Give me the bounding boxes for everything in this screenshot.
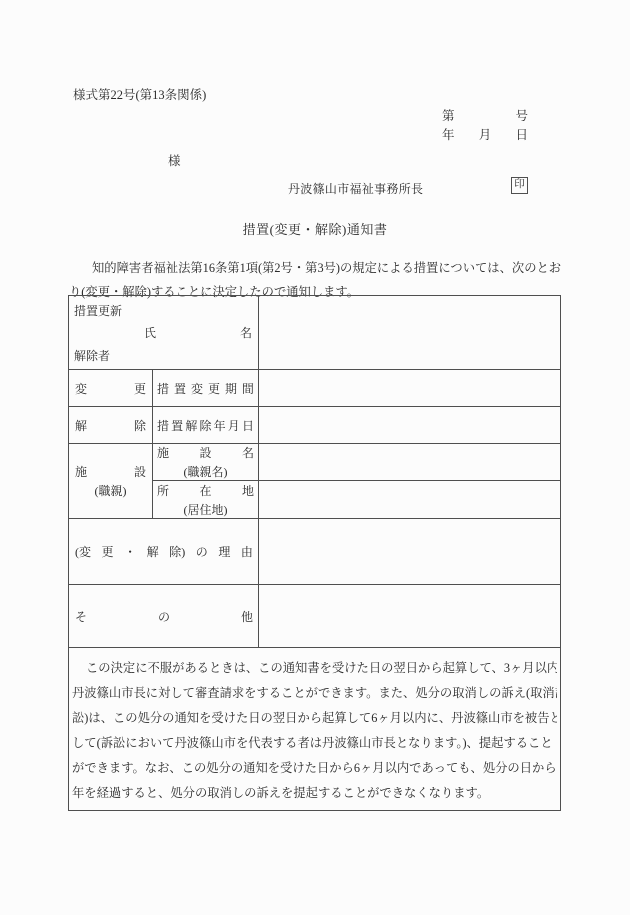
change-category-label: 変更 — [75, 380, 146, 397]
facility-address-label-line1: 所在地 — [157, 482, 254, 499]
change-period-label: 措置変更期間 — [157, 380, 254, 397]
change-period-label-cell: 措置変更期間 — [153, 370, 259, 407]
person-label-cell: 措置更新 氏名 解除者 — [69, 296, 259, 370]
row-person: 措置更新 氏名 解除者 — [69, 296, 561, 370]
other-label-cell: その他 — [69, 585, 259, 648]
appeal-notice-line-4: して(訴訟において丹波篠山市を代表する者は丹波篠山市長となります。)、提起するこ… — [72, 731, 557, 756]
cancel-date-label-cell: 措置解除年月日 — [153, 407, 259, 444]
facility-address-value-cell — [259, 481, 561, 519]
form-number: 様式第22号(第13条関係) — [73, 85, 206, 103]
person-label-bottom: 解除者 — [74, 347, 254, 364]
addressee-honorific: 様 — [168, 151, 181, 169]
document-page: 様式第22号(第13条関係) 第 号 年 月 日 様 丹波篠山市福祉事務所長 印… — [0, 0, 630, 915]
facility-name-label-cell: 施設名 (職親名) — [153, 444, 259, 481]
facility-category-line2: (職親) — [75, 482, 146, 499]
seal-label: 印 — [514, 180, 525, 191]
intro-line-1: 知的障害者福祉法第16条第1項(第2号・第3号)の規定による措置については、次の… — [69, 256, 563, 280]
row-appeal-notice: この決定に不服があるときは、この通知書を受けた日の翌日から起算して、3ヶ月以内に… — [69, 648, 561, 811]
appeal-notice-line-2: 丹波篠山市長に対して審査請求をすることができます。また、処分の取消しの訴え(取消… — [72, 681, 557, 706]
facility-name-value-cell — [259, 444, 561, 481]
cancel-date-label: 措置解除年月日 — [157, 417, 254, 434]
reason-label: (変更・解除)の理由 — [75, 543, 253, 560]
date-line: 年 月 日 — [442, 125, 528, 143]
row-reason: (変更・解除)の理由 — [69, 519, 561, 585]
facility-address-label-cell: 所在地 (居住地) — [153, 481, 259, 519]
doc-number-line: 第 号 — [442, 106, 528, 124]
date-month-label: 月 — [479, 125, 492, 143]
date-day-label: 日 — [515, 125, 528, 143]
facility-category-cell: 施設 (職親) — [69, 444, 153, 519]
measure-table: 措置更新 氏名 解除者 変更 措置変更期間 解除 措置解除年月日 — [68, 295, 561, 811]
date-year-label: 年 — [442, 125, 455, 143]
appeal-notice-line-5: ができます。なお、この処分の通知を受けた日から6ヶ月以内であっても、処分の日から… — [72, 756, 557, 781]
reason-value-cell — [259, 519, 561, 585]
person-name-value-cell — [259, 296, 561, 370]
facility-name-label-line1: 施設名 — [157, 444, 254, 461]
person-label-top: 措置更新 — [74, 302, 254, 319]
change-category-cell: 変更 — [69, 370, 153, 407]
issuer-title: 丹波篠山市福祉事務所長 — [288, 180, 423, 197]
cancel-category-cell: 解除 — [69, 407, 153, 444]
row-cancel: 解除 措置解除年月日 — [69, 407, 561, 444]
appeal-notice-line-3: 訟)は、この処分の通知を受けた日の翌日から起算して6ヶ月以内に、丹波篠山市を被告… — [72, 706, 557, 731]
row-facility-name: 施設 (職親) 施設名 (職親名) — [69, 444, 561, 481]
appeal-notice-cell: この決定に不服があるときは、この通知書を受けた日の翌日から起算して、3ヶ月以内に… — [69, 648, 561, 811]
facility-address-label-line2: (居住地) — [157, 501, 254, 518]
other-label: その他 — [75, 608, 253, 625]
seal-box: 印 — [511, 177, 528, 194]
facility-name-label-line2: (職親名) — [157, 463, 254, 480]
other-value-cell — [259, 585, 561, 648]
appeal-notice-line-6: 年を経過すると、処分の取消しの訴えを提起することができなくなります。 — [72, 781, 557, 806]
cancel-date-value-cell — [259, 407, 561, 444]
doc-number-prefix: 第 — [442, 106, 455, 124]
row-change: 変更 措置変更期間 — [69, 370, 561, 407]
person-name-label: 氏名 — [144, 324, 252, 341]
document-title: 措置(変更・解除)通知書 — [0, 219, 630, 238]
facility-category-line1: 施設 — [75, 463, 146, 480]
change-period-value-cell — [259, 370, 561, 407]
row-other: その他 — [69, 585, 561, 648]
reason-label-cell: (変更・解除)の理由 — [69, 519, 259, 585]
cancel-category-label: 解除 — [75, 417, 146, 434]
appeal-notice-line-1: この決定に不服があるときは、この通知書を受けた日の翌日から起算して、3ヶ月以内に — [72, 656, 557, 681]
doc-number-suffix: 号 — [515, 106, 528, 124]
